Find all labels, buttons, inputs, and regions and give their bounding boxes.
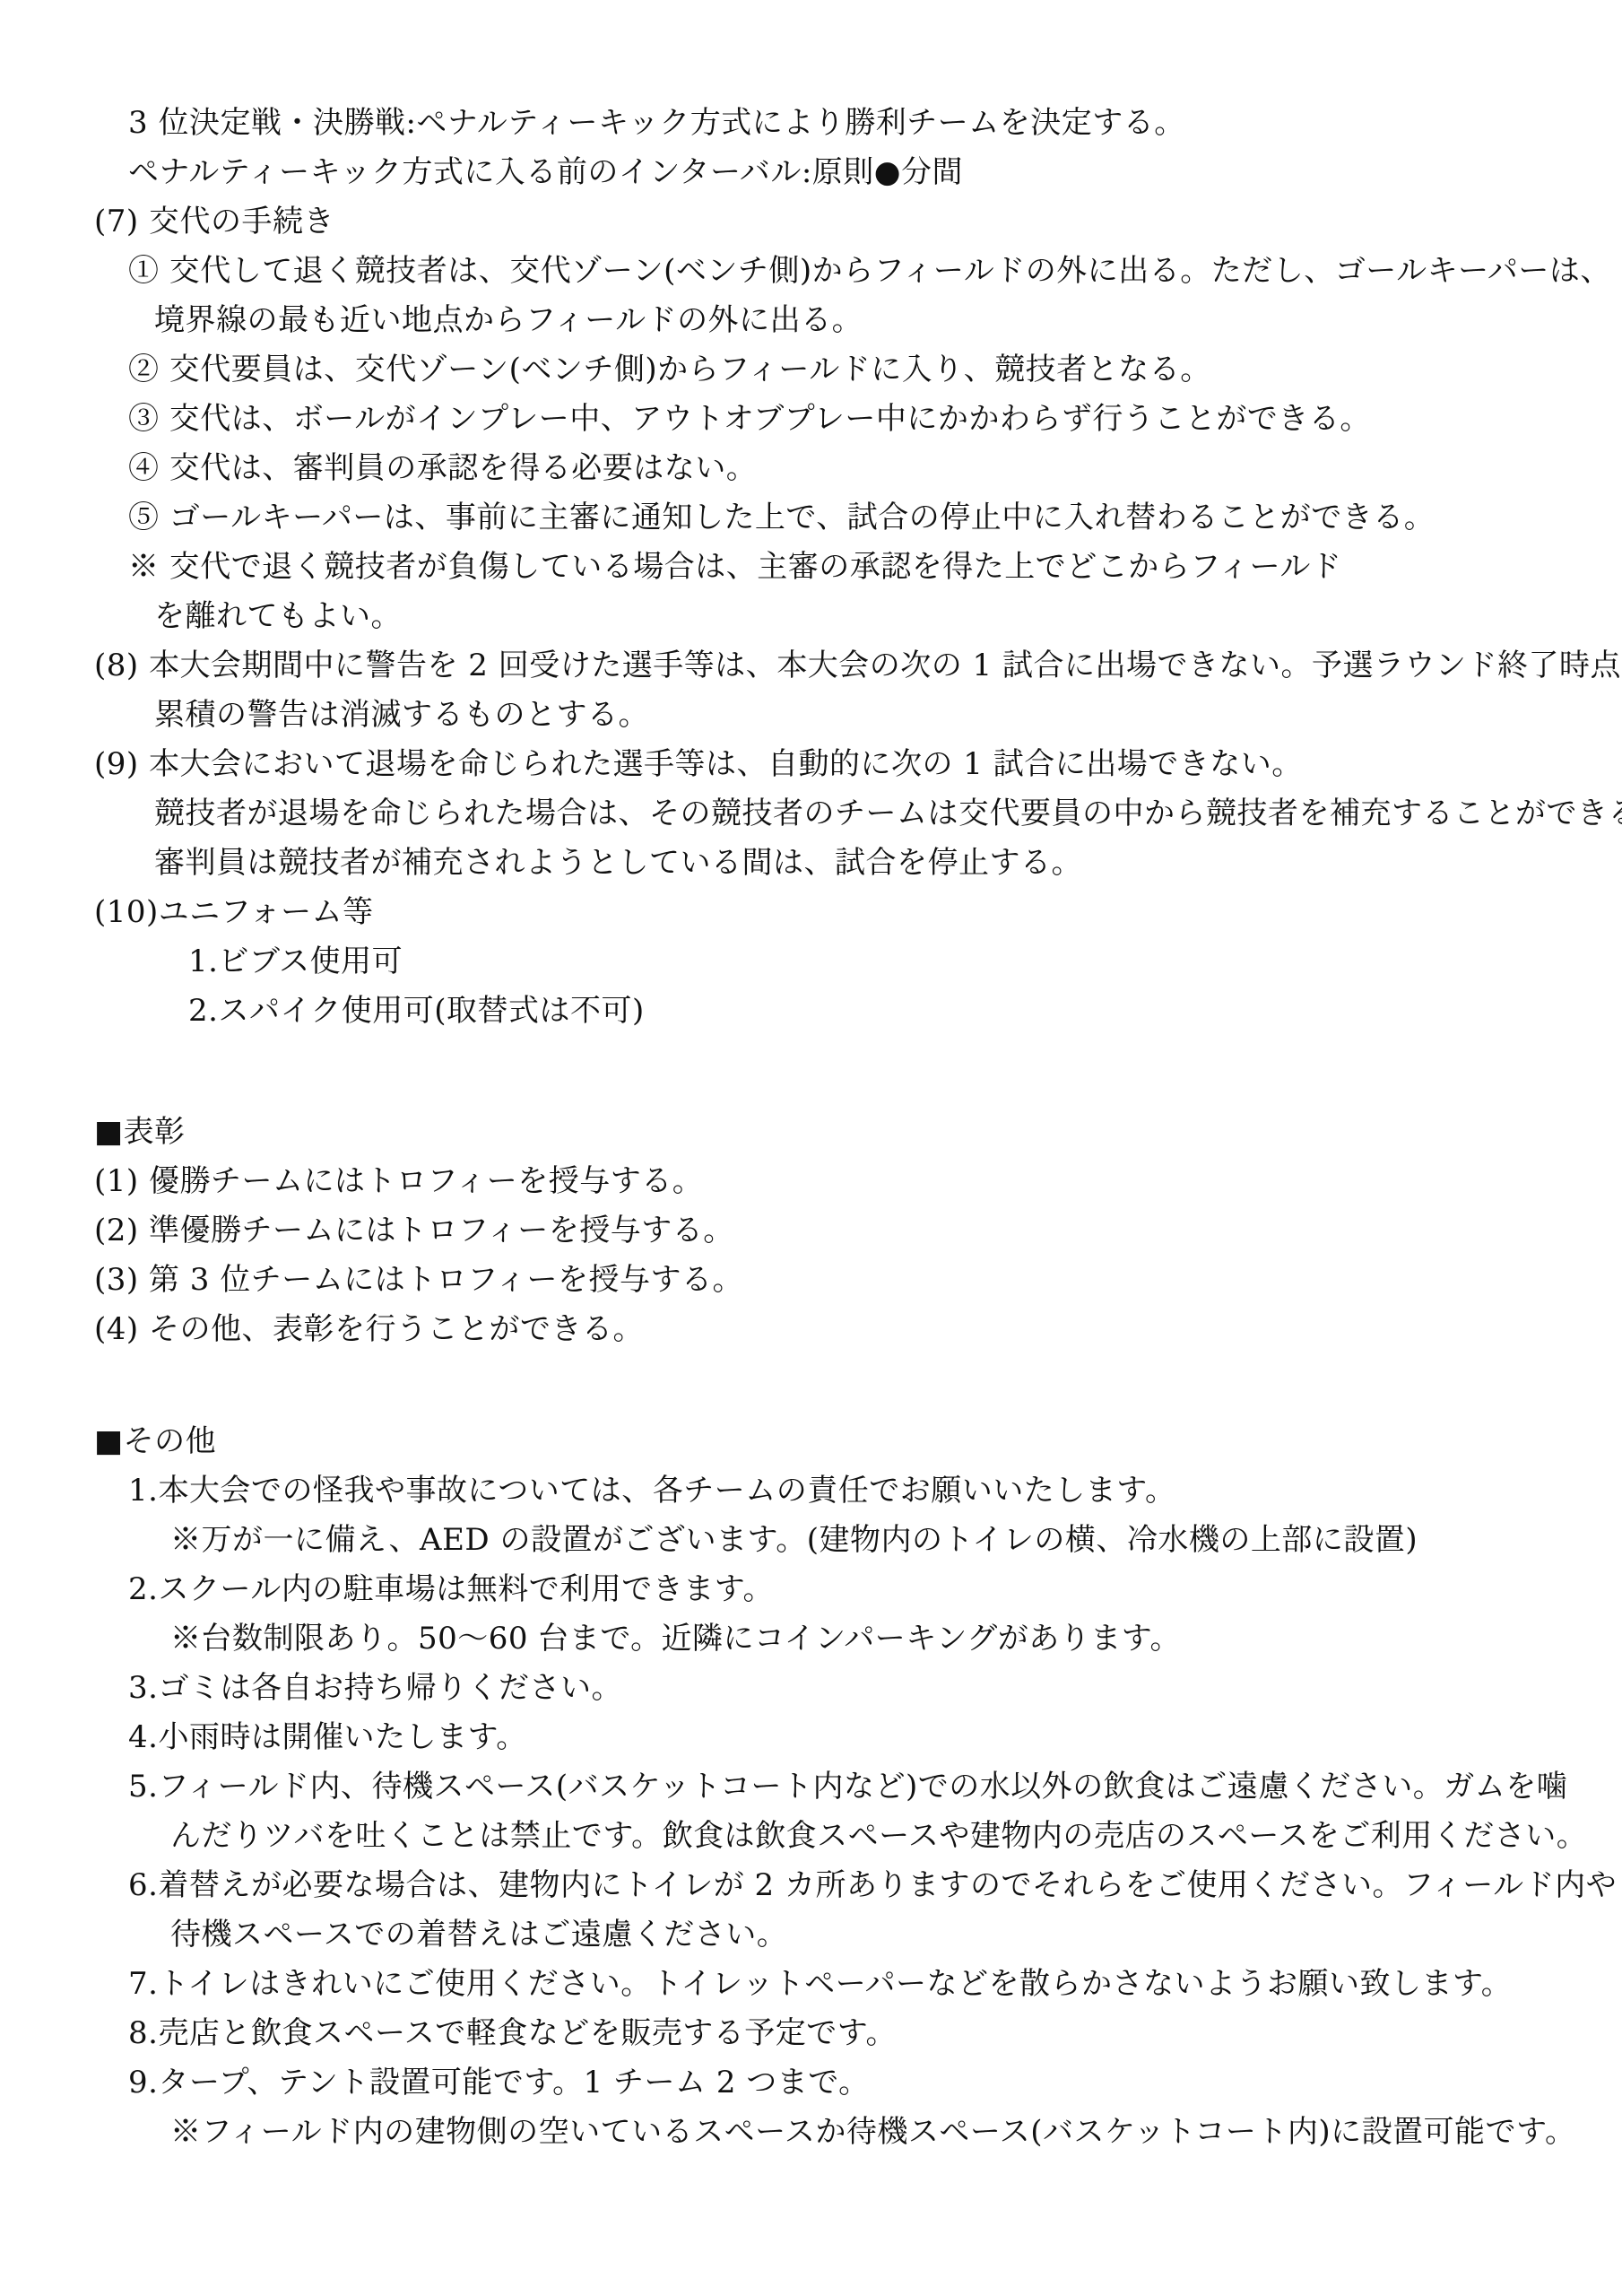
text-line: ③ 交代は、ボールがインプレー中、アウトオブプレー中にかかわらず行うことができる… xyxy=(0,395,1622,444)
text-line: (10)ユニフォーム等 xyxy=(0,888,1622,937)
text-line: ④ 交代は、審判員の承認を得る必要はない。 xyxy=(0,444,1622,493)
text-line: 7.トイレはきれいにご使用ください。トイレットペーパーなどを散らかさないようお願… xyxy=(0,1960,1622,2009)
document-page: 3 位決定戦・決勝戦:ペナルティーキック方式により勝利チームを決定する。ペナルテ… xyxy=(0,0,1622,2296)
text-line: ※ 交代で退く競技者が負傷している場合は、主審の承認を得た上でどこからフィールド xyxy=(0,543,1622,592)
section-heading: ■その他 xyxy=(0,1417,1622,1466)
text-line: んだりツバを吐くことは禁止です。飲食は飲食スペースや建物内の売店のスペースをご利… xyxy=(0,1812,1622,1861)
text-line: 待機スペースでの着替えはご遠慮ください。 xyxy=(0,1910,1622,1960)
text-line: 1.本大会での怪我や事故については、各チームの責任でお願いいたします。 xyxy=(0,1466,1622,1516)
text-line: (7) 交代の手続き xyxy=(0,197,1622,247)
text-line: 5.フィールド内、待機スペース(バスケットコート内など)での水以外の飲食はご遠慮… xyxy=(0,1762,1622,1812)
text-line: を離れてもよい。 xyxy=(0,592,1622,641)
text-line: 3 位決定戦・決勝戦:ペナルティーキック方式により勝利チームを決定する。 xyxy=(0,99,1622,148)
text-line: ペナルティーキック方式に入る前のインターバル:原則●分間 xyxy=(0,148,1622,197)
text-line: (2) 準優勝チームにはトロフィーを授与する。 xyxy=(0,1206,1622,1256)
text-line: ⑤ ゴールキーパーは、事前に主審に通知した上で、試合の停止中に入れ替わることがで… xyxy=(0,493,1622,543)
text-line: (1) 優勝チームにはトロフィーを授与する。 xyxy=(0,1157,1622,1206)
text-line: (8) 本大会期間中に警告を 2 回受けた選手等は、本大会の次の 1 試合に出場… xyxy=(0,641,1622,691)
text-line: 境界線の最も近い地点からフィールドの外に出る。 xyxy=(0,296,1622,345)
text-line: ① 交代して退く競技者は、交代ゾーン(ベンチ側)からフィールドの外に出る。ただし… xyxy=(0,247,1622,296)
text-line: 1.ビブス使用可 xyxy=(0,937,1622,987)
text-line: 9.タープ、テント設置可能です。1 チーム 2 つまで。 xyxy=(0,2058,1622,2108)
text-line: 累積の警告は消滅するものとする。 xyxy=(0,691,1622,740)
text-line: (4) その他、表彰を行うことができる。 xyxy=(0,1305,1622,1354)
text-line: (3) 第 3 位チームにはトロフィーを授与する。 xyxy=(0,1256,1622,1305)
text-line: (9) 本大会において退場を命じられた選手等は、自動的に次の 1 試合に出場でき… xyxy=(0,740,1622,789)
text-line: ② 交代要員は、交代ゾーン(ベンチ側)からフィールドに入り、競技者となる。 xyxy=(0,345,1622,395)
text-line: ※台数制限あり。50〜60 台まで。近隣にコインパーキングがあります。 xyxy=(0,1614,1622,1664)
text-line: 6.着替えが必要な場合は、建物内にトイレが 2 カ所ありますのでそれらをご使用く… xyxy=(0,1861,1622,1910)
text-line: 競技者が退場を命じられた場合は、その競技者のチームは交代要員の中から競技者を補充… xyxy=(0,789,1622,839)
text-line: 4.小雨時は開催いたします。 xyxy=(0,1713,1622,1762)
section-heading: ■表彰 xyxy=(0,1108,1622,1157)
text-line: ※フィールド内の建物側の空いているスペースか待機スペース(バスケットコート内)に… xyxy=(0,2108,1622,2157)
text-line: 3.ゴミは各自お持ち帰りください。 xyxy=(0,1664,1622,1713)
text-line: 審判員は競技者が補充されようとしている間は、試合を停止する。 xyxy=(0,839,1622,888)
text-line: 2.スクール内の駐車場は無料で利用できます。 xyxy=(0,1565,1622,1614)
text-line: 8.売店と飲食スペースで軽食などを販売する予定です。 xyxy=(0,2009,1622,2058)
text-line: 2.スパイク使用可(取替式は不可) xyxy=(0,987,1622,1036)
text-line: ※万が一に備え、AED の設置がございます。(建物内のトイレの横、冷水機の上部に… xyxy=(0,1516,1622,1565)
document-body: 3 位決定戦・決勝戦:ペナルティーキック方式により勝利チームを決定する。ペナルテ… xyxy=(0,0,1622,2157)
